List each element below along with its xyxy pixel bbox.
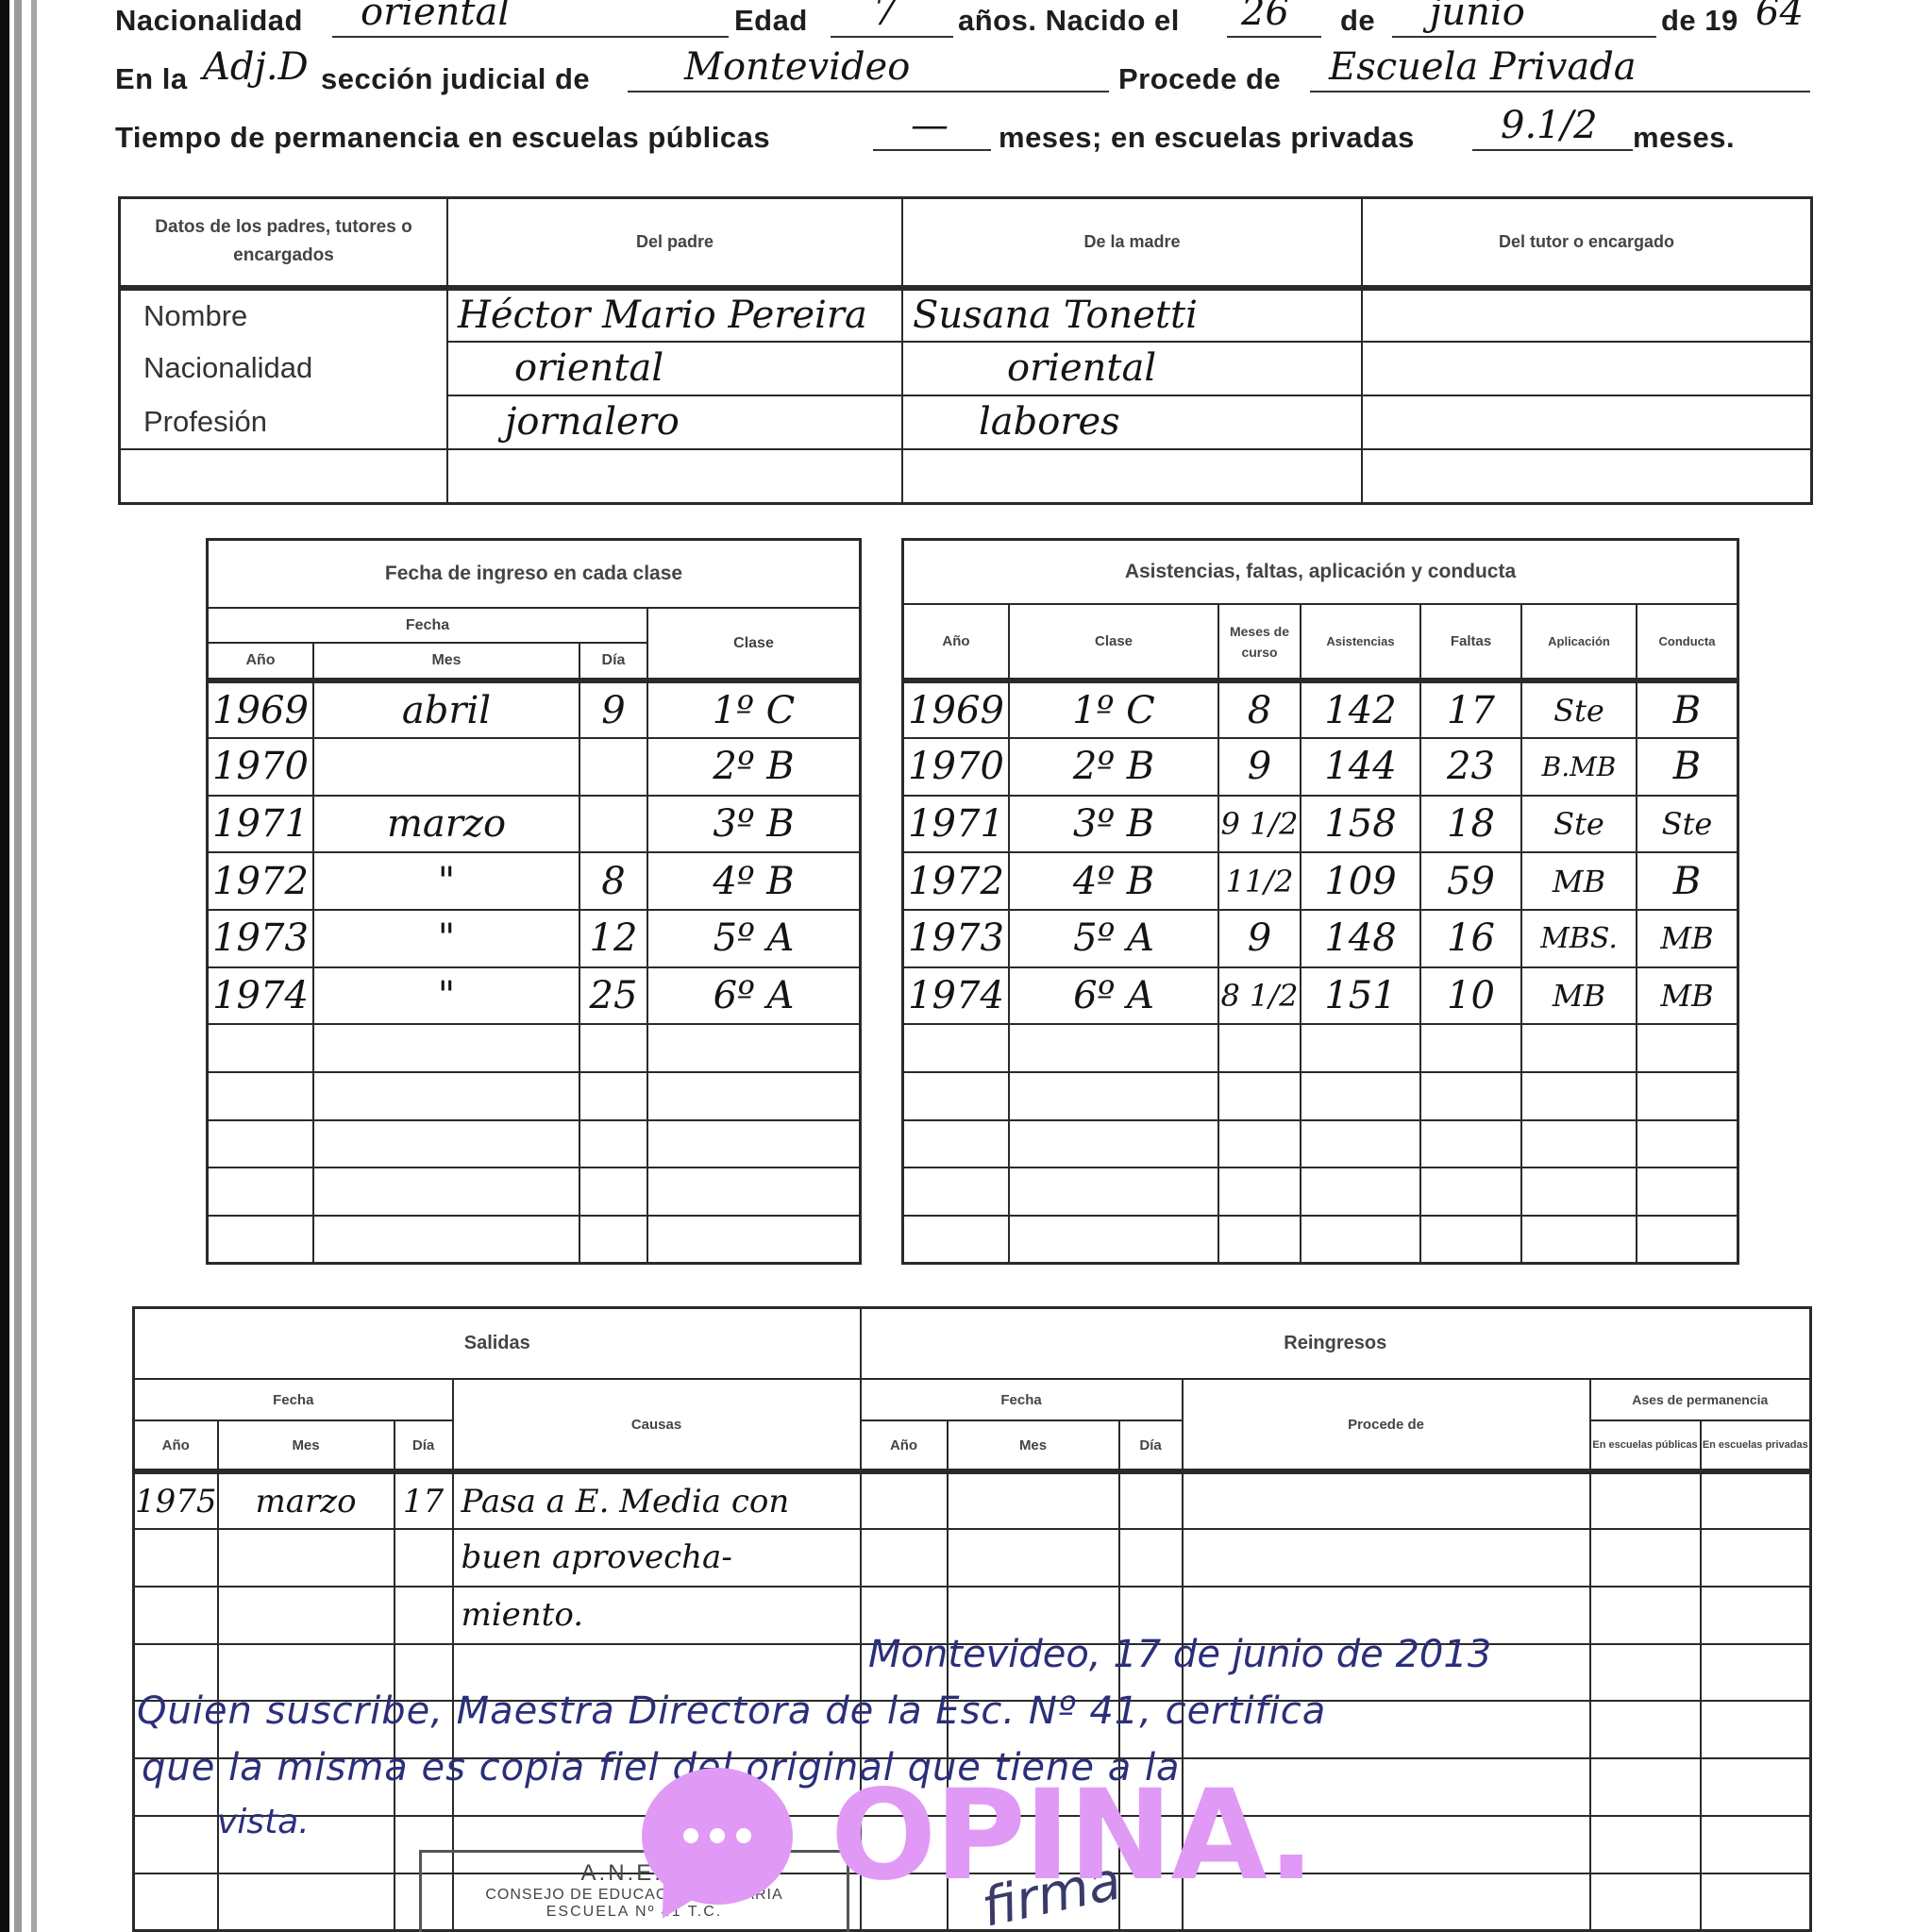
parents-header-padre: Del padre [447, 198, 902, 288]
reingresos-col-dia: Día [1119, 1420, 1183, 1471]
asist-col-meses: Meses de curso [1218, 604, 1301, 680]
row-label: Nacionalidad [120, 342, 448, 395]
ingreso-row: 1973 " 12 5º A [208, 910, 861, 967]
parents-header-datos: Datos de los padres, tutores o encargado… [120, 198, 448, 288]
conducta: B [1637, 852, 1738, 910]
seccion-label: sección judicial de [321, 62, 590, 96]
en-la-label: En la [115, 62, 188, 96]
salidas-fecha-label: Fecha [134, 1379, 453, 1420]
parents-row-nombre: Nombre Héctor Mario Pereira Susana Tonet… [120, 288, 1812, 342]
clase: 3º B [647, 796, 861, 853]
meses: 9 [1218, 910, 1301, 967]
ingreso-empty-row [208, 1024, 861, 1072]
seccion-judicial-field: Montevideo [628, 55, 1109, 92]
asistencias-row: 1971 3º B 9 1/2 158 18 Ste Ste [903, 796, 1738, 853]
parents-row-nacionalidad: Nacionalidad oriental oriental [120, 342, 1812, 395]
stamp-line-3: ESCUELA Nº 41 T.C. [422, 1904, 847, 1921]
ingreso-row: 1969 abril 9 1º C [208, 680, 861, 738]
clase: 5º A [647, 910, 861, 967]
salidas-col-ano: Año [134, 1420, 218, 1471]
ano: 1973 [208, 910, 314, 967]
conducta: MB [1637, 967, 1738, 1025]
causa: buen aprovecha- [453, 1529, 861, 1587]
chat-bubble-icon [642, 1768, 793, 1905]
asistencias-empty-row [903, 1024, 1738, 1072]
reingresos-title: Reingresos [861, 1308, 1811, 1380]
meses: 11/2 [1218, 852, 1301, 910]
ano: 1971 [208, 796, 314, 853]
nacido-mes-field: junio [1392, 0, 1656, 38]
faltas: 16 [1420, 910, 1521, 967]
reingresos-col-ano: Año [861, 1420, 948, 1471]
ano: 1970 [208, 738, 314, 796]
ano: 1973 [903, 910, 1010, 967]
seccion-field: Adj.D [203, 55, 316, 91]
clase: 4º B [1009, 852, 1218, 910]
nacionalidad-field: oriental [332, 0, 729, 38]
asist-col-aplicacion: Aplicación [1521, 604, 1637, 680]
asistencias: 148 [1301, 910, 1420, 967]
tutor-nombre [1362, 288, 1812, 342]
row-label: Profesión [120, 395, 448, 449]
causa: Pasa a E. Media con [453, 1471, 861, 1529]
asistencias-table: Asistencias, faltas, aplicación y conduc… [901, 538, 1739, 1265]
asistencias-row: 1974 6º A 8 1/2 151 10 MB MB [903, 967, 1738, 1025]
mes: " [313, 910, 579, 967]
asistencias: 109 [1301, 852, 1420, 910]
padre-nacionalidad: oriental [447, 342, 902, 395]
causa: miento. [453, 1587, 861, 1644]
aplicacion: Ste [1521, 680, 1637, 738]
meses-privadas-label: meses; en escuelas privadas [999, 121, 1415, 155]
watermark-text: OPINA. [831, 1763, 1313, 1908]
conducta: B [1637, 680, 1738, 738]
permanencia-col-publicas: En escuelas públicas [1590, 1420, 1701, 1471]
ano: 1969 [208, 680, 314, 738]
madre-nombre: Susana Tonetti [902, 288, 1362, 342]
aplicacion: B.MB [1521, 738, 1637, 796]
asist-col-faltas: Faltas [1420, 604, 1521, 680]
asistencias-row: 1970 2º B 9 144 23 B.MB B [903, 738, 1738, 796]
nacido-ano-field: 64 [1755, 0, 1812, 36]
asistencias-empty-row [903, 1120, 1738, 1168]
parents-header-madre: De la madre [902, 198, 1362, 288]
ano: 1970 [903, 738, 1010, 796]
conducta: Ste [1637, 796, 1738, 853]
publicas-field: — [873, 113, 991, 151]
padre-profesion: jornalero [447, 395, 902, 449]
meses: 8 1/2 [1218, 967, 1301, 1025]
permanencia-label: Ases de permanencia [1590, 1379, 1811, 1420]
ingreso-empty-row [208, 1168, 861, 1216]
madre-profesion: labores [902, 395, 1362, 449]
clase: 2º B [647, 738, 861, 796]
faltas: 18 [1420, 796, 1521, 853]
ano: 1975 [134, 1471, 218, 1529]
conducta: MB [1637, 910, 1738, 967]
nacionalidad-label: Nacionalidad [115, 4, 303, 38]
ingreso-fecha-label: Fecha [208, 608, 648, 642]
ingreso-empty-row [208, 1216, 861, 1264]
aplicacion: MB [1521, 852, 1637, 910]
ingreso-row: 1972 " 8 4º B [208, 852, 861, 910]
tutor-nacionalidad [1362, 342, 1812, 395]
dia: 8 [579, 852, 647, 910]
privadas-field: 9.1/2 [1472, 113, 1633, 151]
asistencias: 158 [1301, 796, 1420, 853]
asist-col-ano: Año [903, 604, 1010, 680]
faltas: 59 [1420, 852, 1521, 910]
parents-table: Datos de los padres, tutores o encargado… [118, 196, 1813, 505]
dia: 12 [579, 910, 647, 967]
aplicacion: MBS. [1521, 910, 1637, 967]
clase: 4º B [647, 852, 861, 910]
asistencias-row: 1973 5º A 9 148 16 MBS. MB [903, 910, 1738, 967]
salidas-row: 1975 marzo 17 Pasa a E. Media con [134, 1471, 1811, 1529]
edad-field: 7 [831, 0, 953, 38]
faltas: 23 [1420, 738, 1521, 796]
mes: " [313, 852, 579, 910]
asistencias-empty-row [903, 1072, 1738, 1120]
clase: 1º C [1009, 680, 1218, 738]
tiempo-label: Tiempo de permanencia en escuelas públic… [115, 121, 770, 155]
mes [313, 738, 579, 796]
nacido-label: años. Nacido el [958, 4, 1180, 38]
binder-edge [0, 0, 45, 1932]
clase: 1º C [647, 680, 861, 738]
ano: 1972 [208, 852, 314, 910]
ano: 1972 [903, 852, 1010, 910]
dia [579, 796, 647, 853]
conducta: B [1637, 738, 1738, 796]
opina-watermark: OPINA. [642, 1779, 1313, 1892]
asistencias-empty-row [903, 1168, 1738, 1216]
clase: 6º A [1009, 967, 1218, 1025]
reingresos-col-mes: Mes [948, 1420, 1119, 1471]
asist-col-asistencias: Asistencias [1301, 604, 1420, 680]
ingreso-col-ano: Año [208, 643, 314, 680]
certification-line-1: Quien suscribe, Maestra Directora de la … [137, 1689, 1326, 1733]
certification-place-date: Montevideo, 17 de junio de 2013 [868, 1633, 1491, 1676]
salidas-col-mes: Mes [218, 1420, 395, 1471]
row-label: Nombre [120, 288, 448, 342]
procede-field: Escuela Privada [1310, 55, 1810, 92]
asistencias-title: Asistencias, faltas, aplicación y conduc… [903, 540, 1738, 605]
asistencias: 151 [1301, 967, 1420, 1025]
madre-nacionalidad: oriental [902, 342, 1362, 395]
padre-nombre: Héctor Mario Pereira [447, 288, 902, 342]
dia [579, 738, 647, 796]
dia: 17 [395, 1471, 453, 1529]
clase: 5º A [1009, 910, 1218, 967]
mes: " [313, 967, 579, 1025]
salidas-col-causas: Causas [453, 1379, 861, 1471]
meses: 8 [1218, 680, 1301, 738]
ingreso-row: 1974 " 25 6º A [208, 967, 861, 1025]
salidas-col-dia: Día [395, 1420, 453, 1471]
reingresos-col-procede: Procede de [1183, 1379, 1590, 1471]
meses: 9 [1218, 738, 1301, 796]
ano: 1969 [903, 680, 1010, 738]
asistencias-row: 1969 1º C 8 142 17 Ste B [903, 680, 1738, 738]
asistencias: 144 [1301, 738, 1420, 796]
ingreso-row: 1970 2º B [208, 738, 861, 796]
ano: 1971 [903, 796, 1010, 853]
ingreso-table: Fecha de ingreso en cada clase Fecha Cla… [206, 538, 862, 1265]
salidas-title: Salidas [134, 1308, 861, 1380]
asist-col-clase: Clase [1009, 604, 1218, 680]
procede-label: Procede de [1118, 62, 1281, 96]
parents-row-profesion: Profesión jornalero labores [120, 395, 1812, 449]
de-label: de [1340, 4, 1375, 38]
mes: marzo [313, 796, 579, 853]
meses-label: meses. [1633, 121, 1735, 155]
dia: 9 [579, 680, 647, 738]
asistencias-empty-row [903, 1216, 1738, 1264]
meses: 9 1/2 [1218, 796, 1301, 853]
asist-col-conducta: Conducta [1637, 604, 1738, 680]
nacido-dia-field: 26 [1227, 0, 1321, 38]
mes: abril [313, 680, 579, 738]
asistencias: 142 [1301, 680, 1420, 738]
permanencia-col-privadas: En escuelas privadas [1701, 1420, 1811, 1471]
ingreso-col-mes: Mes [313, 643, 579, 680]
clase: 6º A [647, 967, 861, 1025]
clase: 2º B [1009, 738, 1218, 796]
tutor-profesion [1362, 395, 1812, 449]
faltas: 17 [1420, 680, 1521, 738]
certification-line-3: vista. [217, 1803, 310, 1841]
ingreso-row: 1971 marzo 3º B [208, 796, 861, 853]
edad-label: Edad [734, 4, 808, 38]
salidas-row: buen aprovecha- [134, 1529, 1811, 1587]
reingresos-fecha-label: Fecha [861, 1379, 1183, 1420]
aplicacion: Ste [1521, 796, 1637, 853]
mes: marzo [218, 1471, 395, 1529]
ano: 1974 [903, 967, 1010, 1025]
aplicacion: MB [1521, 967, 1637, 1025]
ingreso-col-dia: Día [579, 643, 647, 680]
ingreso-empty-row [208, 1120, 861, 1168]
faltas: 10 [1420, 967, 1521, 1025]
dia: 25 [579, 967, 647, 1025]
ingreso-empty-row [208, 1072, 861, 1120]
ano: 1974 [208, 967, 314, 1025]
ingreso-title: Fecha de ingreso en cada clase [208, 540, 861, 609]
ingreso-col-clase: Clase [647, 608, 861, 680]
de19-label: de 19 [1661, 4, 1738, 38]
parents-header-tutor: Del tutor o encargado [1362, 198, 1812, 288]
clase: 3º B [1009, 796, 1218, 853]
asistencias-row: 1972 4º B 11/2 109 59 MB B [903, 852, 1738, 910]
